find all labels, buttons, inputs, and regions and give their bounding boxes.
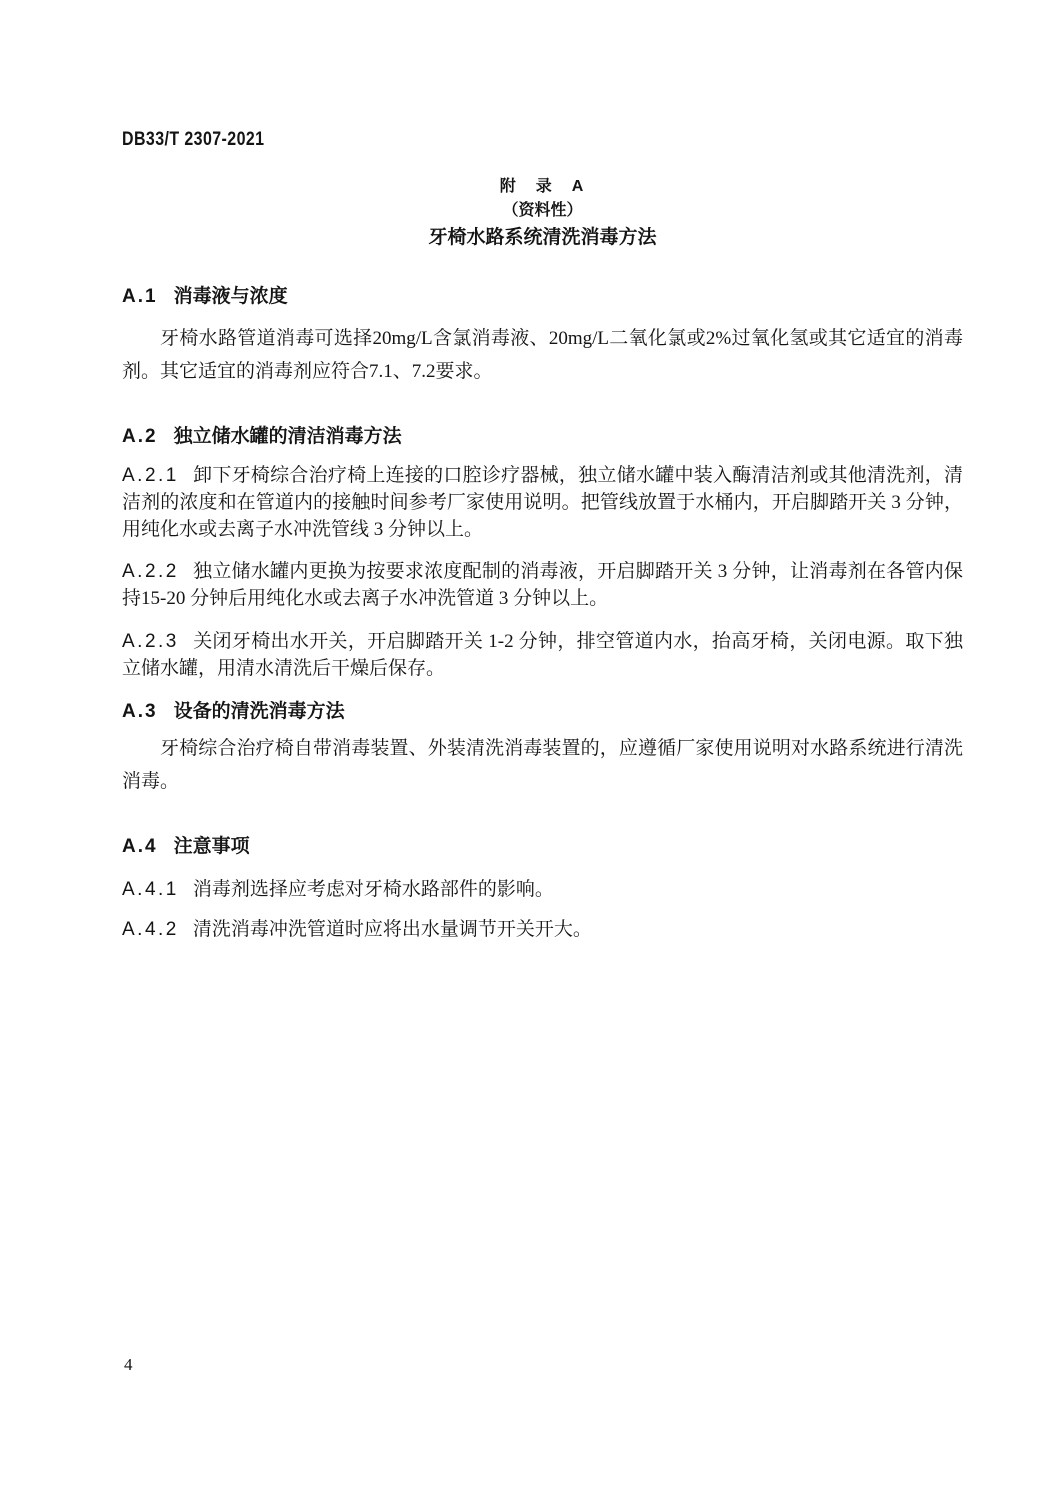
section-paragraph-a3: 牙椅综合治疗椅自带消毒装置、外装清洗消毒装置的，应遵循厂家使用说明对水路系统进行… (122, 732, 963, 798)
clause-text-a4-2: 清洗消毒冲洗管道时应将出水量调节开关开大。 (193, 919, 592, 940)
section-title-a2: 独立储水罐的清洁消毒方法 (174, 426, 402, 447)
clause-number-a2-2: A.2.2 (122, 561, 179, 582)
standard-code: DB33/T 2307-2021 (122, 129, 264, 151)
clause-a2-1: A.2.1卸下牙椅综合治疗椅上连接的口腔诊疗器械，独立储水罐中装入酶清洁剂或其他… (122, 462, 963, 543)
section-paragraph-a1: 牙椅水路管道消毒可选择20mg/L含氯消毒液、20mg/L二氧化氯或2%过氧化氢… (122, 322, 963, 388)
section-heading-a2: A.2独立储水罐的清洁消毒方法 (122, 425, 963, 449)
section-number-a2: A.2 (122, 426, 158, 447)
clause-number-a4-1: A.4.1 (122, 879, 179, 900)
appendix-classification: （资料性） (122, 200, 963, 222)
appendix-label: 附 录 A (122, 176, 963, 198)
clause-a2-2: A.2.2独立储水罐内更换为按要求浓度配制的消毒液，开启脚踏开关 3 分钟，让消… (122, 558, 963, 612)
page-number: 4 (124, 1355, 133, 1375)
clause-text-a2-3: 关闭牙椅出水开关，开启脚踏开关 1-2 分钟，排空管道内水，抬高牙椅，关闭电源。… (122, 631, 963, 679)
section-number-a1: A.1 (122, 286, 158, 307)
clause-number-a4-2: A.4.2 (122, 919, 179, 940)
section-title-a3: 设备的清洗消毒方法 (174, 701, 345, 722)
section-number-a4: A.4 (122, 836, 158, 857)
section-number-a3: A.3 (122, 701, 158, 722)
clause-text-a2-1: 卸下牙椅综合治疗椅上连接的口腔诊疗器械，独立储水罐中装入酶清洁剂或其他清洗剂，清… (122, 465, 963, 540)
section-title-a4: 注意事项 (174, 836, 250, 857)
section-heading-a3: A.3设备的清洗消毒方法 (122, 700, 963, 724)
document-page: DB33/T 2307-2021 附 录 A （资料性） 牙椅水路系统清洗消毒方… (0, 0, 1061, 1500)
clause-a4-1: A.4.1消毒剂选择应考虑对牙椅水路部件的影响。 (122, 876, 963, 903)
appendix-title: 牙椅水路系统清洗消毒方法 (122, 225, 963, 251)
clause-number-a2-3: A.2.3 (122, 631, 179, 652)
clause-text-a4-1: 消毒剂选择应考虑对牙椅水路部件的影响。 (193, 879, 554, 900)
section-title-a1: 消毒液与浓度 (174, 286, 288, 307)
clause-text-a2-2: 独立储水罐内更换为按要求浓度配制的消毒液，开启脚踏开关 3 分钟，让消毒剂在各管… (122, 561, 963, 609)
clause-number-a2-1: A.2.1 (122, 465, 179, 486)
clause-a4-2: A.4.2清洗消毒冲洗管道时应将出水量调节开关开大。 (122, 916, 963, 943)
clause-a2-3: A.2.3关闭牙椅出水开关，开启脚踏开关 1-2 分钟，排空管道内水，抬高牙椅，… (122, 628, 963, 682)
section-heading-a1: A.1消毒液与浓度 (122, 285, 963, 309)
section-heading-a4: A.4注意事项 (122, 835, 963, 859)
